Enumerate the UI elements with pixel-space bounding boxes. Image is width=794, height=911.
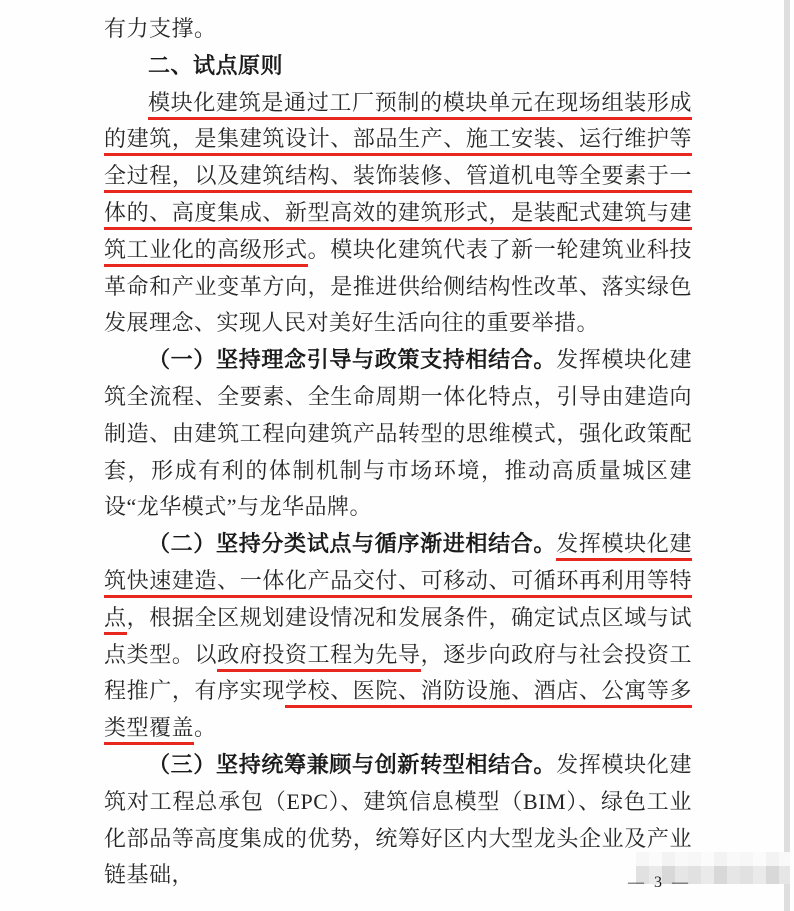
text-run: 发挥模块化建筑全流程、全要素、全生命周期一体化特点，引导由建造向制造、由建筑工程…: [104, 347, 692, 519]
text-run: 有力支撑。: [104, 16, 217, 41]
section-heading: 二、试点原则: [104, 48, 692, 85]
underlined-text: 政府投资工程为先导: [217, 642, 421, 672]
bold-lead-text: （二）坚持分类试点与循序渐进相结合。: [148, 531, 556, 556]
scan-edge: [784, 0, 790, 911]
bold-lead-text: （三）坚持统筹兼顾与创新转型相结合。: [148, 752, 556, 777]
paragraph-principle-3: （三）坚持统筹兼顾与创新转型相结合。发挥模块化建筑对工程总承包（EPC）、建筑信…: [104, 747, 692, 894]
page-number: — 3 —: [628, 874, 691, 892]
text-run: 。: [194, 715, 217, 740]
section-heading-label: 二、试点原则: [148, 53, 283, 78]
paragraph-principle-1: （一）坚持理念引导与政策支持相结合。发挥模块化建筑全流程、全要素、全生命周期一体…: [104, 342, 692, 526]
bold-lead-text: （一）坚持理念引导与政策支持相结合。: [148, 347, 556, 372]
paragraph-principle-2: （二）坚持分类试点与循序渐进相结合。发挥模块化建筑快速建造、一体化产品交付、可移…: [104, 526, 692, 747]
paragraph-continuation: 有力支撑。: [104, 11, 692, 48]
document-body: 有力支撑。 二、试点原则 模块化建筑是通过工厂预制的模块单元在现场组装形成的建筑…: [104, 11, 692, 894]
document-page: 有力支撑。 二、试点原则 模块化建筑是通过工厂预制的模块单元在现场组装形成的建筑…: [0, 0, 794, 911]
paragraph-definition: 模块化建筑是通过工厂预制的模块单元在现场组装形成的建筑，是集建筑设计、部品生产、…: [104, 85, 692, 343]
